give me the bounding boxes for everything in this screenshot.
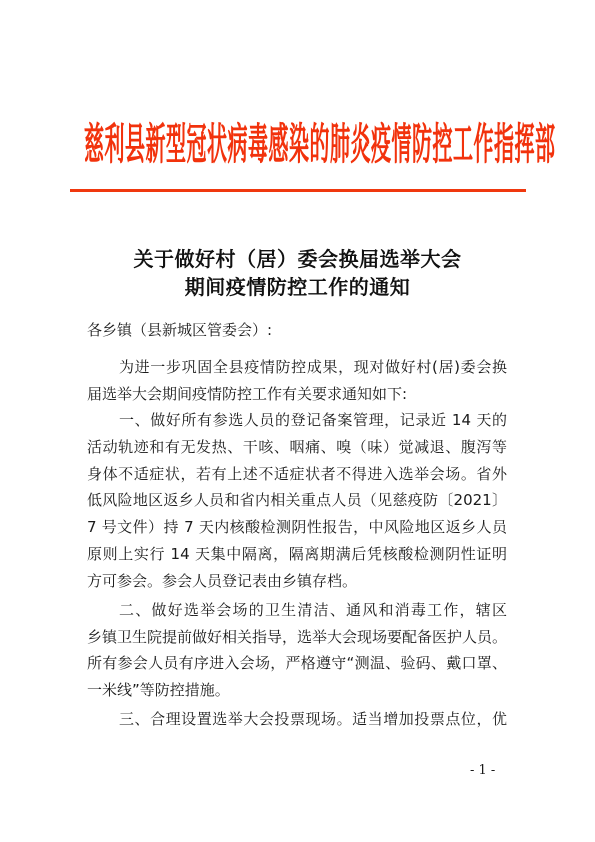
body-line: 方可参会。参会人员登记表由乡镇存档。 xyxy=(87,571,507,591)
document-title-line-2: 期间疫情防控工作的通知 xyxy=(0,271,595,300)
body-line: 7 号文件）持 7 天内核酸检测阴性报告，中风险地区返乡人员 xyxy=(87,517,507,537)
body-line: 三、合理设置选举大会投票现场。适当增加投票点位，优 xyxy=(119,709,507,729)
body-line: 原则上实行 14 天集中隔离，隔离期满后凭核酸检测阴性证明 xyxy=(87,544,507,564)
body-line: 为进一步巩固全县疫情防控成果，现对做好村(居)委会换 xyxy=(119,357,507,377)
header-divider xyxy=(70,189,526,192)
body-line: 届选举大会期间疫情防控工作有关要求通知如下: xyxy=(87,384,507,404)
page-number: - 1 - xyxy=(470,763,495,778)
body-line: 一米线”等防控措施。 xyxy=(87,680,507,700)
document-title-line-1: 关于做好村（居）委会换届选举大会 xyxy=(0,243,595,272)
salutation: 各乡镇（县新城区管委会）: xyxy=(87,320,507,340)
body-line: 低风险地区返乡人员和省内相关重点人员（见慈疫防〔2021〕 xyxy=(87,490,507,510)
organization-name: 慈利县新型冠状病毒感染的肺炎疫情防控工作指挥部 xyxy=(84,118,516,170)
body-line: 身体不适症状，若有上述不适症状者不得进入选举会场。省外 xyxy=(87,464,507,484)
body-line: 一、做好所有参选人员的登记备案管理，记录近 14 天的 xyxy=(119,410,507,430)
body-line: 乡镇卫生院提前做好相关指导，选举大会现场要配备医护人员。 xyxy=(87,627,507,647)
body-line: 所有参会人员有序进入会场，严格遵守“测温、验码、戴口罩、 xyxy=(87,653,507,673)
organization-header: 慈利县新型冠状病毒感染的肺炎疫情防控工作指挥部 xyxy=(84,118,516,172)
body-line: 二、做好选举会场的卫生清洁、通风和消毒工作，辖区 xyxy=(119,600,507,620)
body-line: 活动轨迹和有无发热、干咳、咽痛、嗅（味）觉减退、腹泻等 xyxy=(87,437,507,457)
document-page: 慈利县新型冠状病毒感染的肺炎疫情防控工作指挥部 关于做好村（居）委会换届选举大会… xyxy=(0,0,595,842)
